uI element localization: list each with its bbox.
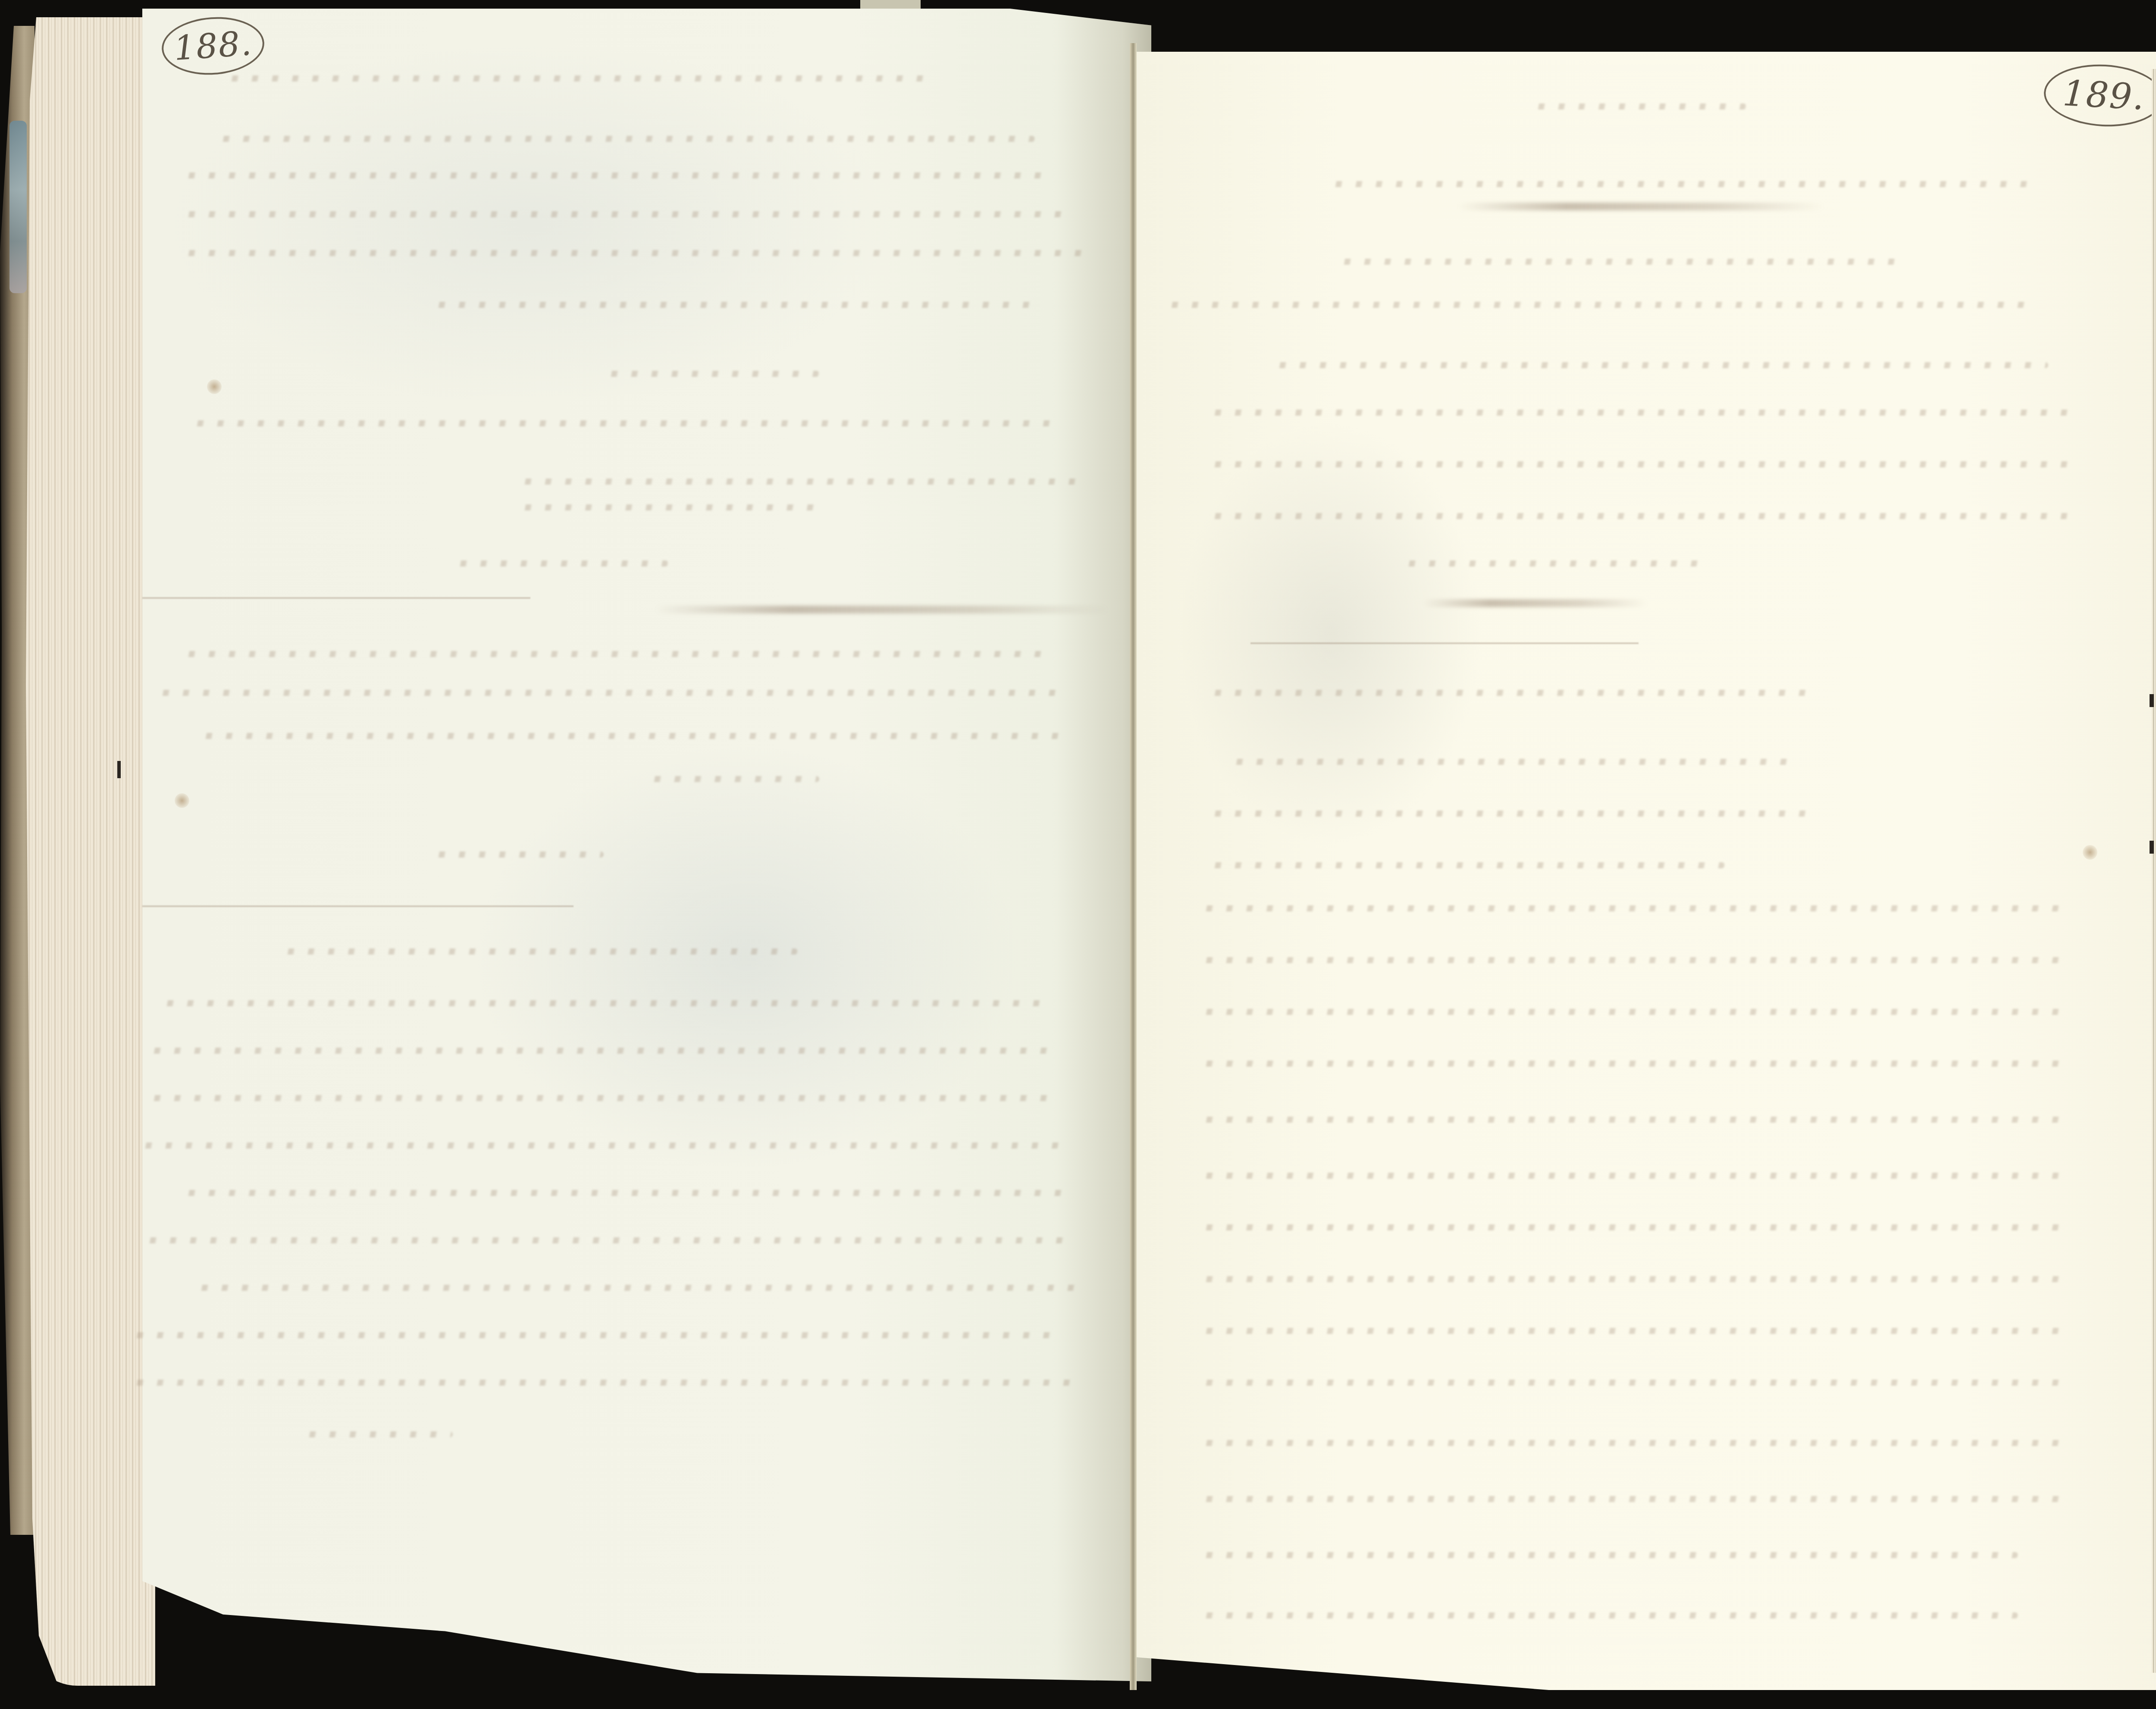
bleed-stroke	[431, 851, 604, 858]
bleed-stroke	[1199, 1276, 2061, 1282]
ink-smudge-line	[1457, 203, 1824, 210]
bleed-stroke	[147, 1048, 1052, 1054]
binding-tick	[117, 761, 121, 778]
bleed-stroke	[138, 1142, 1065, 1149]
bleed-stroke	[517, 479, 1078, 485]
bleed-stroke	[1207, 690, 1811, 696]
bleed-stroke	[1207, 461, 2070, 467]
bleed-stroke	[431, 302, 1035, 308]
ruled-line	[142, 597, 530, 599]
bleed-stroke	[1199, 957, 2061, 963]
bleed-stroke	[1199, 1061, 2061, 1067]
bleed-stroke	[181, 651, 1044, 657]
bleed-stroke	[280, 948, 798, 955]
left-page	[142, 9, 1151, 1681]
bleed-stroke	[1401, 560, 1703, 567]
bleed-stroke	[302, 1431, 453, 1437]
bleed-stroke	[1199, 1552, 2018, 1558]
bleed-stroke	[1531, 103, 1746, 110]
bleed-stroke	[1199, 1612, 2018, 1618]
bleed-stroke	[1229, 759, 1789, 765]
bleed-stroke	[1199, 1328, 2061, 1334]
page-number-right-text: 189.	[2062, 73, 2146, 118]
foxing-spot	[207, 379, 222, 394]
bleed-stroke	[1207, 513, 2070, 519]
bleed-stroke	[1199, 1173, 2061, 1179]
scan-background: 188. 189.	[0, 0, 2156, 1709]
bleed-stroke	[1199, 1009, 2061, 1015]
bleed-stroke	[1164, 302, 2027, 308]
bleed-stroke	[190, 420, 1052, 426]
page-number-left-text: 188.	[172, 24, 254, 68]
bleed-stroke	[155, 690, 1061, 696]
bleed-stroke	[647, 776, 819, 782]
bleed-stroke	[181, 211, 1065, 217]
bleed-stroke	[453, 560, 668, 567]
foxing-spot	[175, 793, 189, 808]
bleed-stroke	[181, 1190, 1065, 1196]
bleed-stroke	[1199, 1224, 2061, 1230]
ink-smudge-line	[655, 606, 1108, 613]
bleed-stroke	[194, 1285, 1078, 1291]
bleed-stroke	[181, 250, 1087, 256]
foxing-spot	[2083, 845, 2097, 860]
bleed-stroke	[1199, 1380, 2061, 1386]
bleed-stroke	[129, 1380, 1078, 1386]
right-page-stack-edges	[2152, 69, 2156, 1673]
bleed-stroke	[1199, 1440, 2061, 1446]
bleed-stroke	[1328, 181, 2040, 187]
bleed-stroke	[216, 136, 1035, 142]
bleed-stroke	[147, 1095, 1052, 1101]
ink-smudge-line	[1423, 599, 1647, 607]
bleed-stroke	[142, 1237, 1069, 1243]
bleed-stroke	[160, 1000, 1044, 1006]
left-binding-fragment	[9, 121, 27, 293]
spine-gutter-fold	[1130, 43, 1137, 1690]
bleed-stroke	[1272, 362, 2048, 368]
bleed-stroke	[1207, 811, 1811, 817]
bleed-stroke	[1337, 259, 1897, 265]
bleed-stroke	[604, 371, 819, 377]
bleed-stroke	[198, 733, 1061, 739]
bleed-stroke	[224, 75, 936, 81]
bleed-stroke	[1199, 1117, 2061, 1123]
bleed-stroke	[1207, 862, 1725, 868]
left-page-stack-edges	[26, 17, 155, 1686]
ruled-line	[1250, 642, 1639, 644]
bleed-stroke	[1199, 1496, 2061, 1502]
bleed-stroke	[181, 172, 1044, 178]
bleed-stroke	[1199, 905, 2061, 911]
ruled-line	[142, 905, 573, 907]
bleed-stroke	[129, 1332, 1056, 1338]
binding-tick	[2150, 694, 2154, 707]
bleed-stroke	[517, 504, 819, 510]
binding-tick	[2150, 841, 2154, 854]
bleed-stroke	[1207, 410, 2070, 416]
